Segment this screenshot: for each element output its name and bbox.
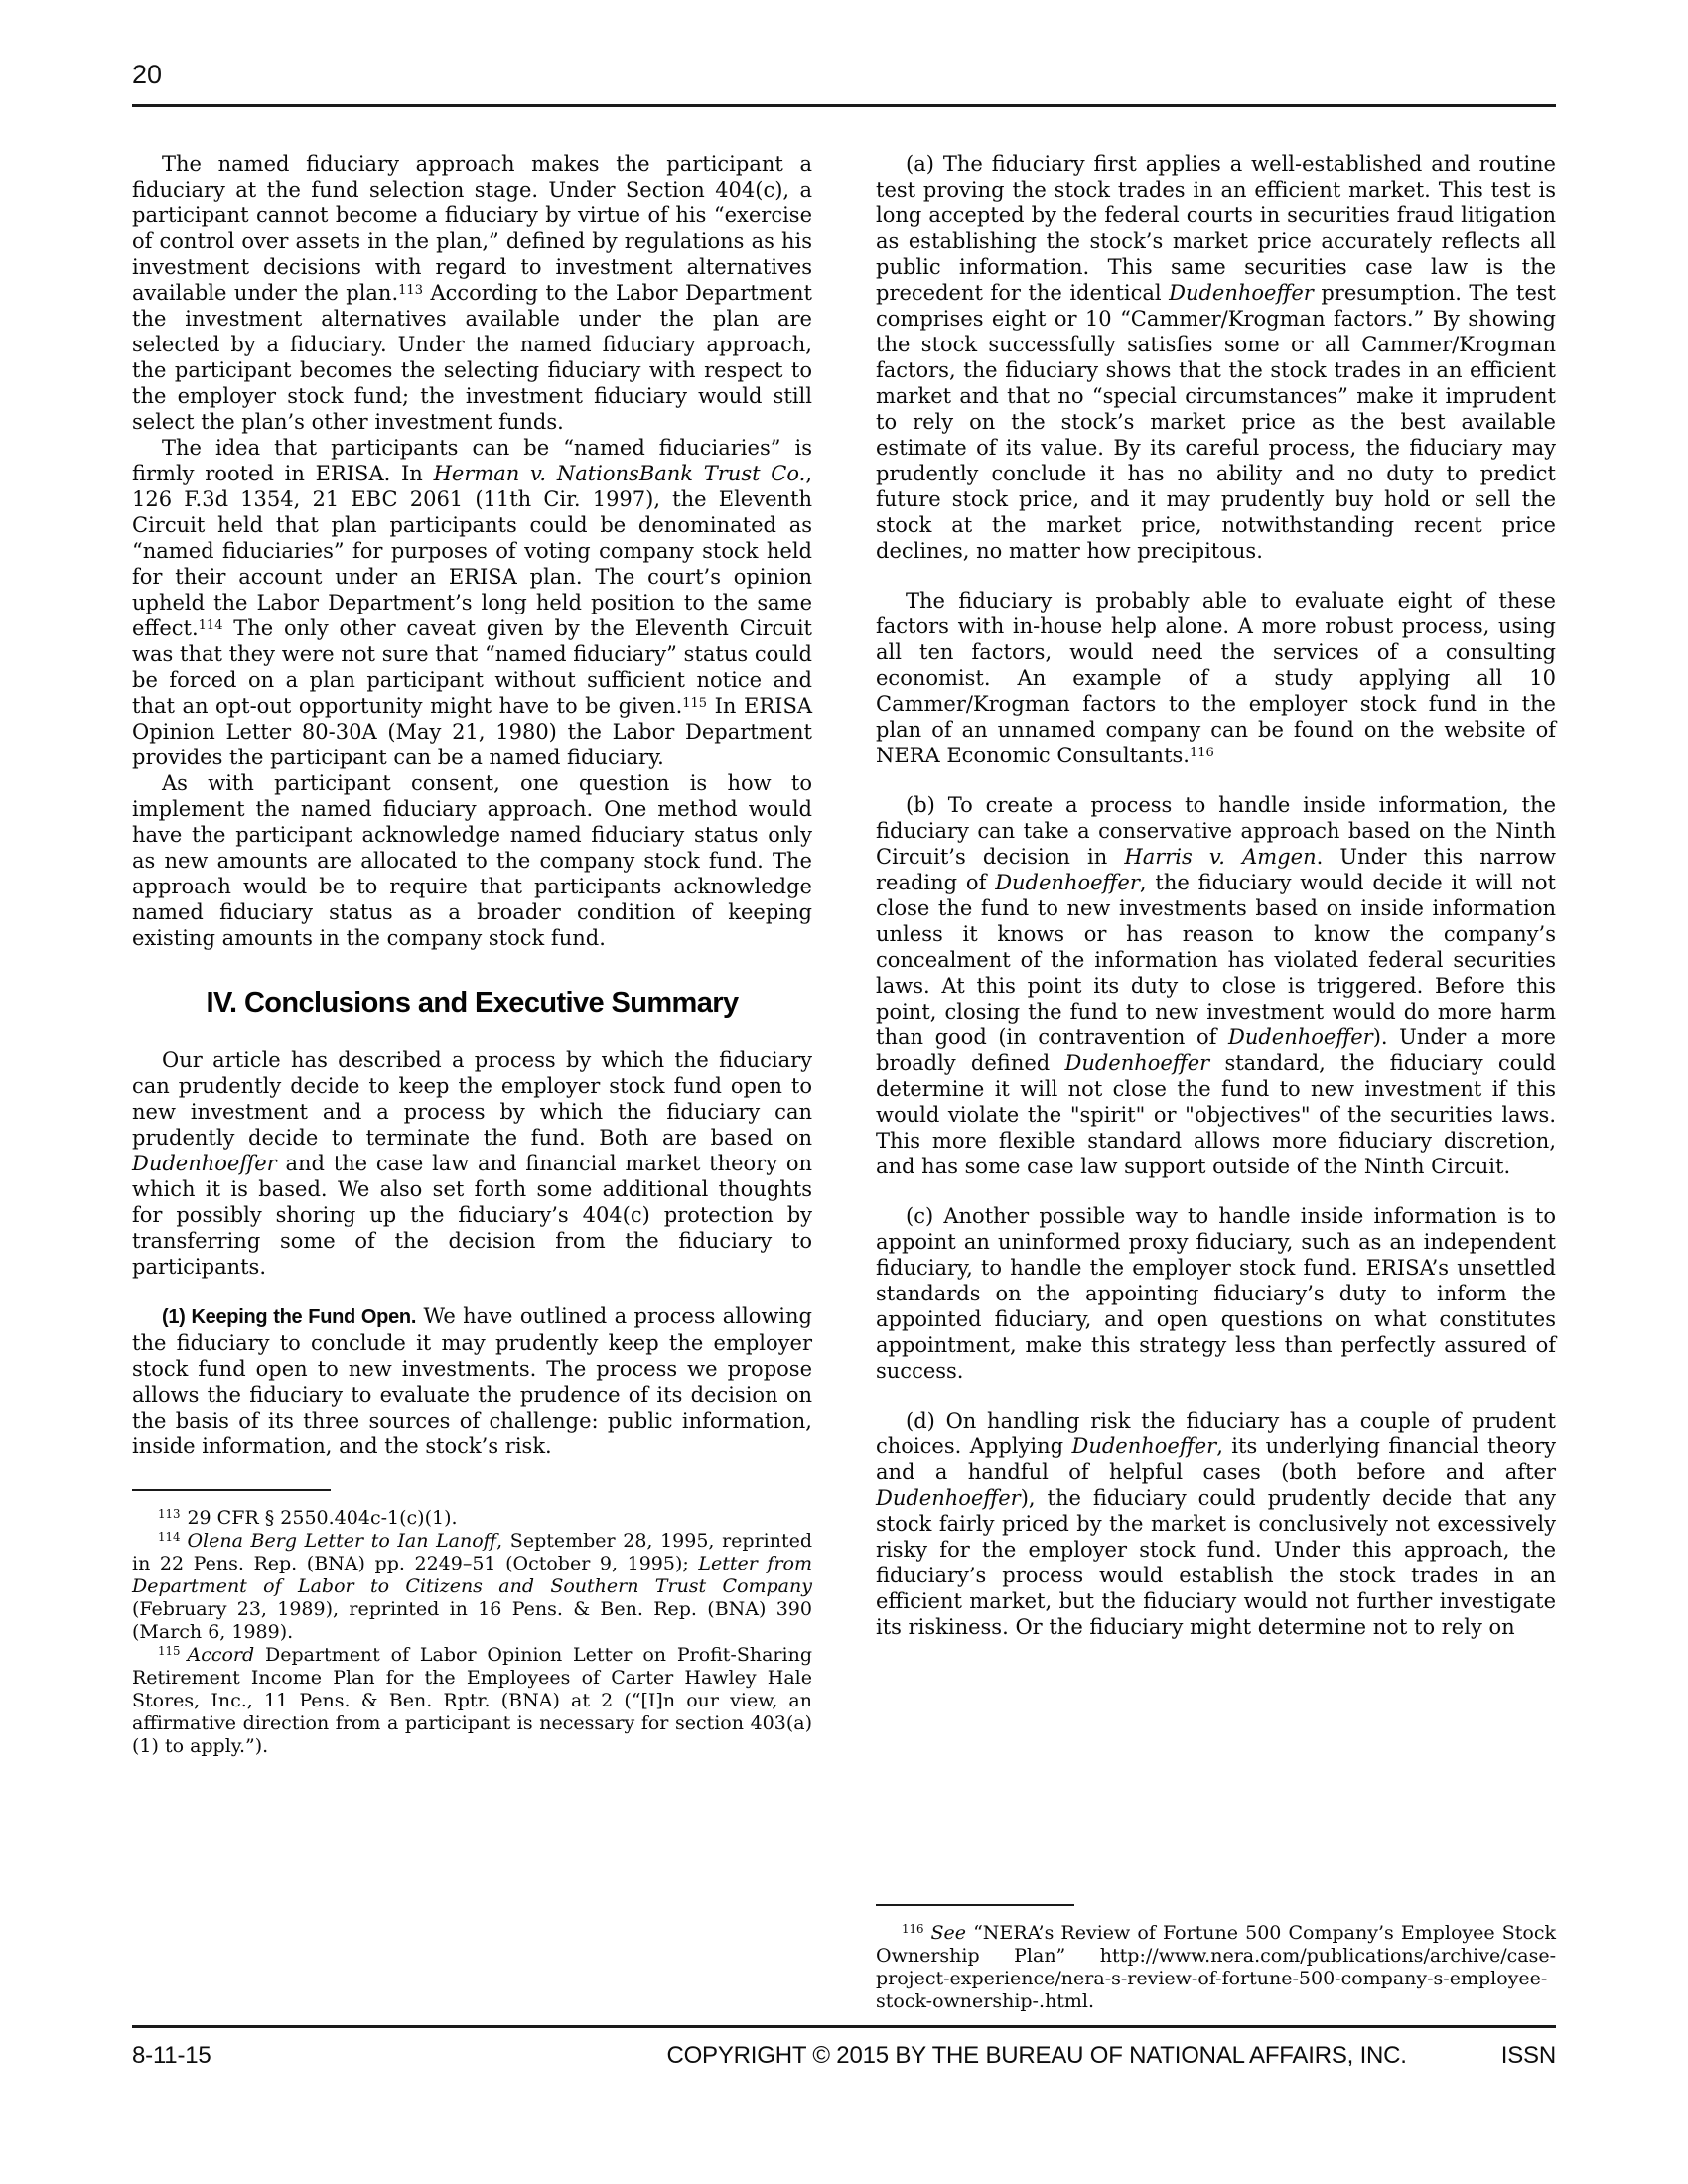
- footnote-number: 114: [158, 1530, 180, 1544]
- footnote-number: 115: [158, 1644, 180, 1658]
- section-heading: IV. Conclusions and Executive Summary: [132, 987, 812, 1020]
- left-column: The named fiduciary approach makes the p…: [132, 151, 812, 2013]
- text-run: (c) Another possible way to handle insid…: [876, 1204, 1556, 1383]
- text-run: Herman v. NationsBank Trust Co.: [434, 462, 806, 485]
- footnote: 114Olena Berg Letter to Ian Lanoff, Sept…: [132, 1530, 812, 1644]
- text-run: Dudenhoeffer: [876, 1486, 1021, 1510]
- footnote-ref: 113: [398, 283, 423, 298]
- text-run: Harris v. Amgen: [1124, 845, 1316, 869]
- text-run: Our article has described a process by w…: [132, 1048, 812, 1150]
- paragraph: The named fiduciary approach makes the p…: [132, 151, 812, 435]
- footnote-number: 116: [902, 1922, 923, 1936]
- header-rule: [132, 104, 1556, 107]
- document-page: 20 The named fiduciary approach makes th…: [0, 0, 1688, 2184]
- footer-date: 8-11-15: [132, 2042, 211, 2070]
- paragraph: (1) Keeping the Fund Open. We have outli…: [132, 1303, 812, 1459]
- text-run: Dudenhoeffer: [132, 1152, 277, 1175]
- text-run: See: [930, 1922, 966, 1944]
- paragraph: The idea that participants can be “named…: [132, 435, 812, 770]
- footer-issn: ISSN: [1501, 2042, 1556, 2070]
- footnote: 11329 CFR § 2550.404c-1(c)(1).: [132, 1507, 812, 1530]
- paragraph: (d) On handling risk the fiduciary has a…: [876, 1408, 1556, 1640]
- text-run: Accord: [187, 1644, 254, 1666]
- text-run: , 126 F.3d 1354, 21 EBC 2061 (11th Cir. …: [132, 462, 812, 640]
- paragraph: Our article has described a process by w…: [132, 1047, 812, 1280]
- text-run: Dudenhoeffer: [1169, 281, 1314, 305]
- footnote-ref: 116: [1190, 746, 1214, 760]
- text-run: Dudenhoeffer: [995, 871, 1140, 894]
- page-footer: 8-11-15 COPYRIGHT © 2015 BY THE BUREAU O…: [132, 2025, 1556, 2070]
- footnote-separator: [132, 1489, 331, 1491]
- text-run: , the fiduciary would decide it will not…: [876, 871, 1556, 1049]
- page-number: 20: [132, 62, 1556, 88]
- footnote-ref: 115: [682, 696, 707, 711]
- text-run: presumption. The test comprises eight or…: [876, 281, 1556, 563]
- text-columns: The named fiduciary approach makes the p…: [132, 151, 1556, 2013]
- text-run: Dudenhoeffer: [1071, 1434, 1216, 1458]
- footnote-separator: [876, 1904, 1074, 1906]
- footnote: 116See “NERA’s Review of Fortune 500 Com…: [876, 1922, 1556, 2013]
- footer-copyright: COPYRIGHT © 2015 BY THE BUREAU OF NATION…: [666, 2042, 1406, 2070]
- paragraph: The fiduciary is probably able to evalua…: [876, 588, 1556, 768]
- text-run: (February 23, 1989), reprinted in 16 Pen…: [132, 1598, 812, 1643]
- paragraph: (b) To create a process to handle inside…: [876, 792, 1556, 1179]
- footnote-ref: 114: [199, 618, 223, 633]
- text-run: As with participant consent, one questio…: [132, 771, 812, 950]
- footnote-number: 113: [158, 1507, 180, 1521]
- right-footnote-area: 116See “NERA’s Review of Fortune 500 Com…: [876, 1874, 1556, 2013]
- right-footnotes: 116See “NERA’s Review of Fortune 500 Com…: [876, 1922, 1556, 2013]
- right-column-body: (a) The fiduciary first applies a well-e…: [876, 151, 1556, 1640]
- text-run: Dudenhoeffer: [1228, 1025, 1373, 1049]
- right-column: (a) The fiduciary first applies a well-e…: [876, 151, 1556, 2013]
- text-run: “NERA’s Review of Fortune 500 Company’s …: [876, 1922, 1556, 2012]
- footnote: 115Accord Department of Labor Opinion Le…: [132, 1644, 812, 1758]
- text-run: (1) Keeping the Fund Open.: [162, 1306, 416, 1328]
- paragraph: As with participant consent, one questio…: [132, 770, 812, 951]
- text-run: 29 CFR § 2550.404c-1(c)(1).: [187, 1507, 457, 1529]
- paragraph: (c) Another possible way to handle insid…: [876, 1203, 1556, 1384]
- left-column-body: The named fiduciary approach makes the p…: [132, 151, 812, 1459]
- text-run: Dudenhoeffer: [1064, 1051, 1209, 1075]
- text-run: The fiduciary is probably able to evalua…: [876, 589, 1556, 767]
- paragraph: (a) The fiduciary first applies a well-e…: [876, 151, 1556, 564]
- left-footnotes: 11329 CFR § 2550.404c-1(c)(1).114Olena B…: [132, 1507, 812, 1758]
- text-run: Olena Berg Letter to Ian Lanoff: [187, 1530, 496, 1552]
